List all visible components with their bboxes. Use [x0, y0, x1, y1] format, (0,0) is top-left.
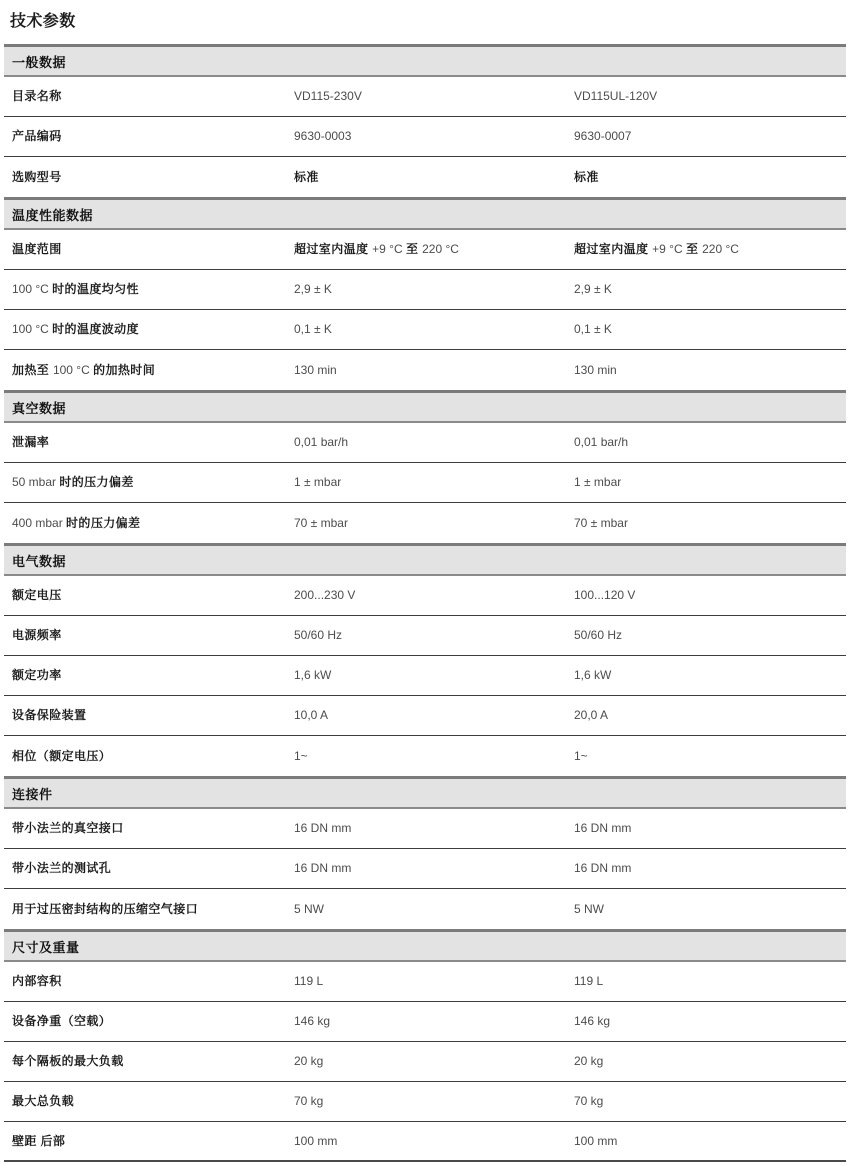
cjk-text: 超过室内温度 — [574, 242, 652, 256]
table-row: 带小法兰的测试孔 16 DN mm 16 DN mm — [4, 849, 846, 889]
section-header: 温度性能数据 — [4, 197, 846, 230]
cjk-text: 最大总负载 — [12, 1094, 74, 1108]
row-value-col1: 146 kg — [294, 1014, 574, 1029]
latin-text: 9630-0007 — [574, 129, 631, 143]
table-row: 最大总负载 70 kg 70 kg — [4, 1082, 846, 1122]
cjk-text: 至 — [406, 242, 422, 256]
row-value-col1: VD115-230V — [294, 89, 574, 104]
cjk-text: 用于过压密封结构的压缩空气接口 — [12, 902, 198, 916]
section-rows: 温度范围 超过室内温度 +9 °C 至 220 °C 超过室内温度 +9 °C … — [4, 230, 846, 390]
section-header: 一般数据 — [4, 44, 846, 77]
latin-text: 100 °C — [12, 282, 52, 296]
section-header: 真空数据 — [4, 390, 846, 423]
latin-text: 220 °C — [702, 242, 739, 256]
cjk-text: 产品编码 — [12, 129, 62, 143]
table-row: 电源频率 50/60 Hz 50/60 Hz — [4, 616, 846, 656]
row-value-col1: 130 min — [294, 363, 574, 378]
cjk-text: 电源频率 — [12, 628, 62, 642]
technical-data-page: 技术参数 一般数据 目录名称 VD115-230V VD115UL-120V 产… — [0, 0, 862, 1166]
table-row: 产品编码 9630-0003 9630-0007 — [4, 117, 846, 157]
cjk-text: 温度范围 — [12, 242, 62, 256]
table-row: 设备保险装置 10,0 A 20,0 A — [4, 696, 846, 736]
row-label: 选购型号 — [12, 170, 294, 185]
latin-text: 20,0 A — [574, 708, 608, 722]
row-label: 额定电压 — [12, 588, 294, 603]
row-label: 设备净重（空载） — [12, 1014, 294, 1029]
row-label: 目录名称 — [12, 89, 294, 104]
latin-text: 70 ± mbar — [574, 516, 628, 530]
latin-text: +9 °C — [652, 242, 686, 256]
latin-text: 200...230 V — [294, 588, 355, 602]
cjk-text: 带小法兰的真空接口 — [12, 821, 124, 835]
row-value-col1: 16 DN mm — [294, 861, 574, 876]
latin-text: 0,01 bar/h — [574, 435, 628, 449]
latin-text: 100...120 V — [574, 588, 635, 602]
latin-text: 100 mm — [294, 1134, 337, 1148]
latin-text: 10,0 A — [294, 708, 328, 722]
row-value-col2: 16 DN mm — [574, 861, 846, 876]
latin-text: 16 DN mm — [294, 821, 351, 835]
latin-text: 20 kg — [294, 1054, 323, 1068]
table-row: 带小法兰的真空接口 16 DN mm 16 DN mm — [4, 809, 846, 849]
section-rows: 带小法兰的真空接口 16 DN mm 16 DN mm 带小法兰的测试孔 16 … — [4, 809, 846, 929]
row-value-col2: 16 DN mm — [574, 821, 846, 836]
row-value-col2: 20,0 A — [574, 708, 846, 723]
row-label: 100 °C 时的温度波动度 — [12, 322, 294, 337]
cjk-text: 目录名称 — [12, 89, 62, 103]
table-row: 内部容积 119 L 119 L — [4, 962, 846, 1002]
latin-text: 5 NW — [294, 902, 324, 916]
row-value-col1: 5 NW — [294, 902, 574, 917]
cjk-text: 额定电压 — [12, 588, 62, 602]
table-row: 50 mbar 时的压力偏差 1 ± mbar 1 ± mbar — [4, 463, 846, 503]
table-row: 目录名称 VD115-230V VD115UL-120V — [4, 77, 846, 117]
row-value-col1: 1,6 kW — [294, 668, 574, 683]
spec-section: 真空数据 泄漏率 0,01 bar/h 0,01 bar/h 50 mbar 时… — [4, 390, 846, 543]
table-row: 设备净重（空载） 146 kg 146 kg — [4, 1002, 846, 1042]
row-value-col1: 0,01 bar/h — [294, 435, 574, 450]
page-title: 技术参数 — [10, 8, 846, 31]
cjk-text: 相位（额定电压） — [12, 749, 111, 763]
latin-text: 70 kg — [294, 1094, 323, 1108]
section-header: 尺寸及重量 — [4, 929, 846, 962]
table-row: 壁距 后部 100 mm 100 mm — [4, 1122, 846, 1162]
latin-text: 220 °C — [422, 242, 459, 256]
row-label: 400 mbar 时的压力偏差 — [12, 516, 294, 531]
latin-text: 1 ± mbar — [294, 475, 341, 489]
row-label: 温度范围 — [12, 242, 294, 257]
row-value-col2: 1 ± mbar — [574, 475, 846, 490]
row-value-col1: 超过室内温度 +9 °C 至 220 °C — [294, 242, 574, 257]
latin-text: 5 NW — [574, 902, 604, 916]
table-row: 用于过压密封结构的压缩空气接口 5 NW 5 NW — [4, 889, 846, 929]
row-value-col2: 20 kg — [574, 1054, 846, 1069]
latin-text: 1,6 kW — [574, 668, 611, 682]
row-label: 额定功率 — [12, 668, 294, 683]
latin-text: 1 ± mbar — [574, 475, 621, 489]
cjk-text: 时的压力偏差 — [66, 516, 140, 530]
cjk-text: 内部容积 — [12, 974, 62, 988]
row-value-col2: 119 L — [574, 974, 846, 989]
section-header: 电气数据 — [4, 543, 846, 576]
table-row: 额定功率 1,6 kW 1,6 kW — [4, 656, 846, 696]
row-value-col2: 50/60 Hz — [574, 628, 846, 643]
section-rows: 目录名称 VD115-230V VD115UL-120V 产品编码 9630-0… — [4, 77, 846, 197]
cjk-text: 壁距 后部 — [12, 1134, 65, 1148]
latin-text: 146 kg — [574, 1014, 610, 1028]
row-label: 用于过压密封结构的压缩空气接口 — [12, 902, 294, 917]
cjk-text: 每个隔板的最大负载 — [12, 1054, 124, 1068]
spec-section: 一般数据 目录名称 VD115-230V VD115UL-120V 产品编码 9… — [4, 44, 846, 197]
row-value-col1: 119 L — [294, 974, 574, 989]
row-value-col2: 2,9 ± K — [574, 282, 846, 297]
cjk-text: 时的温度波动度 — [52, 322, 139, 336]
row-value-col2: 1,6 kW — [574, 668, 846, 683]
row-value-col2: VD115UL-120V — [574, 89, 846, 104]
row-label: 带小法兰的真空接口 — [12, 821, 294, 836]
latin-text: 0,01 bar/h — [294, 435, 348, 449]
latin-text: 100 mm — [574, 1134, 617, 1148]
latin-text: 119 L — [294, 974, 323, 988]
latin-text: 146 kg — [294, 1014, 330, 1028]
latin-text: 20 kg — [574, 1054, 603, 1068]
cjk-text: 时的压力偏差 — [59, 475, 133, 489]
row-label: 内部容积 — [12, 974, 294, 989]
section-rows: 泄漏率 0,01 bar/h 0,01 bar/h 50 mbar 时的压力偏差… — [4, 423, 846, 543]
row-value-col1: 70 kg — [294, 1094, 574, 1109]
row-label: 设备保险装置 — [12, 708, 294, 723]
cjk-text: 设备净重（空载） — [12, 1014, 111, 1028]
row-label: 产品编码 — [12, 129, 294, 144]
row-label: 50 mbar 时的压力偏差 — [12, 475, 294, 490]
row-value-col2: 超过室内温度 +9 °C 至 220 °C — [574, 242, 846, 257]
table-row: 400 mbar 时的压力偏差 70 ± mbar 70 ± mbar — [4, 503, 846, 543]
table-row: 额定电压 200...230 V 100...120 V — [4, 576, 846, 616]
row-value-col2: 1~ — [574, 749, 846, 764]
latin-text: 16 DN mm — [574, 821, 631, 835]
spec-section: 电气数据 额定电压 200...230 V 100...120 V 电源频率 5… — [4, 543, 846, 776]
row-value-col1: 16 DN mm — [294, 821, 574, 836]
table-row: 泄漏率 0,01 bar/h 0,01 bar/h — [4, 423, 846, 463]
latin-text: 70 kg — [574, 1094, 603, 1108]
row-value-col1: 100 mm — [294, 1134, 574, 1149]
table-row: 100 °C 时的温度波动度 0,1 ± K 0,1 ± K — [4, 310, 846, 350]
row-value-col1: 10,0 A — [294, 708, 574, 723]
row-value-col2: 146 kg — [574, 1014, 846, 1029]
section-rows: 额定电压 200...230 V 100...120 V 电源频率 50/60 … — [4, 576, 846, 776]
latin-text: 1,6 kW — [294, 668, 331, 682]
row-value-col1: 1 ± mbar — [294, 475, 574, 490]
row-value-col2: 100 mm — [574, 1134, 846, 1149]
latin-text: 119 L — [574, 974, 603, 988]
row-value-col2: 0,1 ± K — [574, 322, 846, 337]
section-header: 连接件 — [4, 776, 846, 809]
row-value-col2: 70 ± mbar — [574, 516, 846, 531]
latin-text: 50/60 Hz — [294, 628, 342, 642]
cjk-text: 标准 — [574, 170, 599, 184]
section-rows: 内部容积 119 L 119 L 设备净重（空载） 146 kg 146 kg … — [4, 962, 846, 1162]
spec-section: 温度性能数据 温度范围 超过室内温度 +9 °C 至 220 °C 超过室内温度… — [4, 197, 846, 390]
row-value-col1: 0,1 ± K — [294, 322, 574, 337]
row-value-col1: 20 kg — [294, 1054, 574, 1069]
table-row: 每个隔板的最大负载 20 kg 20 kg — [4, 1042, 846, 1082]
latin-text: 0,1 ± K — [574, 322, 612, 336]
table-row: 选购型号 标准 标准 — [4, 157, 846, 197]
cjk-text: 至 — [686, 242, 702, 256]
cjk-text: 泄漏率 — [12, 435, 49, 449]
spec-section: 连接件 带小法兰的真空接口 16 DN mm 16 DN mm 带小法兰的测试孔… — [4, 776, 846, 929]
latin-text: 50 mbar — [12, 475, 59, 489]
latin-text: 1~ — [574, 749, 588, 763]
latin-text: 400 mbar — [12, 516, 66, 530]
row-label: 相位（额定电压） — [12, 749, 294, 764]
row-label: 加热至 100 °C 的加热时间 — [12, 363, 294, 378]
latin-text: 130 min — [294, 363, 337, 377]
latin-text: VD115UL-120V — [574, 89, 657, 103]
table-row: 相位（额定电压） 1~ 1~ — [4, 736, 846, 776]
latin-text: VD115-230V — [294, 89, 362, 103]
row-value-col2: 70 kg — [574, 1094, 846, 1109]
row-value-col1: 200...230 V — [294, 588, 574, 603]
row-value-col2: 9630-0007 — [574, 129, 846, 144]
cjk-text: 标准 — [294, 170, 319, 184]
cjk-text: 时的温度均匀性 — [52, 282, 139, 296]
table-row: 温度范围 超过室内温度 +9 °C 至 220 °C 超过室内温度 +9 °C … — [4, 230, 846, 270]
row-value-col1: 标准 — [294, 170, 574, 185]
table-row: 100 °C 时的温度均匀性 2,9 ± K 2,9 ± K — [4, 270, 846, 310]
row-value-col1: 9630-0003 — [294, 129, 574, 144]
row-label: 每个隔板的最大负载 — [12, 1054, 294, 1069]
latin-text: 16 DN mm — [574, 861, 631, 875]
table-row: 加热至 100 °C 的加热时间 130 min 130 min — [4, 350, 846, 390]
cjk-text: 设备保险装置 — [12, 708, 86, 722]
latin-text: 16 DN mm — [294, 861, 351, 875]
row-value-col1: 1~ — [294, 749, 574, 764]
latin-text: 1~ — [294, 749, 308, 763]
latin-text: 2,9 ± K — [294, 282, 332, 296]
row-value-col2: 0,01 bar/h — [574, 435, 846, 450]
row-value-col1: 2,9 ± K — [294, 282, 574, 297]
cjk-text: 额定功率 — [12, 668, 62, 682]
row-value-col1: 50/60 Hz — [294, 628, 574, 643]
latin-text: 100 °C — [53, 363, 93, 377]
latin-text: 9630-0003 — [294, 129, 351, 143]
latin-text: 70 ± mbar — [294, 516, 348, 530]
latin-text: 100 °C — [12, 322, 52, 336]
latin-text: 0,1 ± K — [294, 322, 332, 336]
row-value-col2: 5 NW — [574, 902, 846, 917]
cjk-text: 超过室内温度 — [294, 242, 372, 256]
latin-text: 130 min — [574, 363, 617, 377]
row-label: 电源频率 — [12, 628, 294, 643]
cjk-text: 的加热时间 — [93, 363, 155, 377]
latin-text: +9 °C — [372, 242, 406, 256]
cjk-text: 加热至 — [12, 363, 53, 377]
row-value-col1: 70 ± mbar — [294, 516, 574, 531]
row-label: 100 °C 时的温度均匀性 — [12, 282, 294, 297]
cjk-text: 带小法兰的测试孔 — [12, 861, 111, 875]
row-label: 带小法兰的测试孔 — [12, 861, 294, 876]
latin-text: 2,9 ± K — [574, 282, 612, 296]
row-value-col2: 130 min — [574, 363, 846, 378]
spec-section: 尺寸及重量 内部容积 119 L 119 L 设备净重（空载） 146 kg 1… — [4, 929, 846, 1162]
row-label: 泄漏率 — [12, 435, 294, 450]
row-label: 壁距 后部 — [12, 1134, 294, 1149]
spec-table: 一般数据 目录名称 VD115-230V VD115UL-120V 产品编码 9… — [4, 44, 846, 1162]
row-value-col2: 标准 — [574, 170, 846, 185]
row-label: 最大总负载 — [12, 1094, 294, 1109]
latin-text: 50/60 Hz — [574, 628, 622, 642]
cjk-text: 选购型号 — [12, 170, 62, 184]
row-value-col2: 100...120 V — [574, 588, 846, 603]
